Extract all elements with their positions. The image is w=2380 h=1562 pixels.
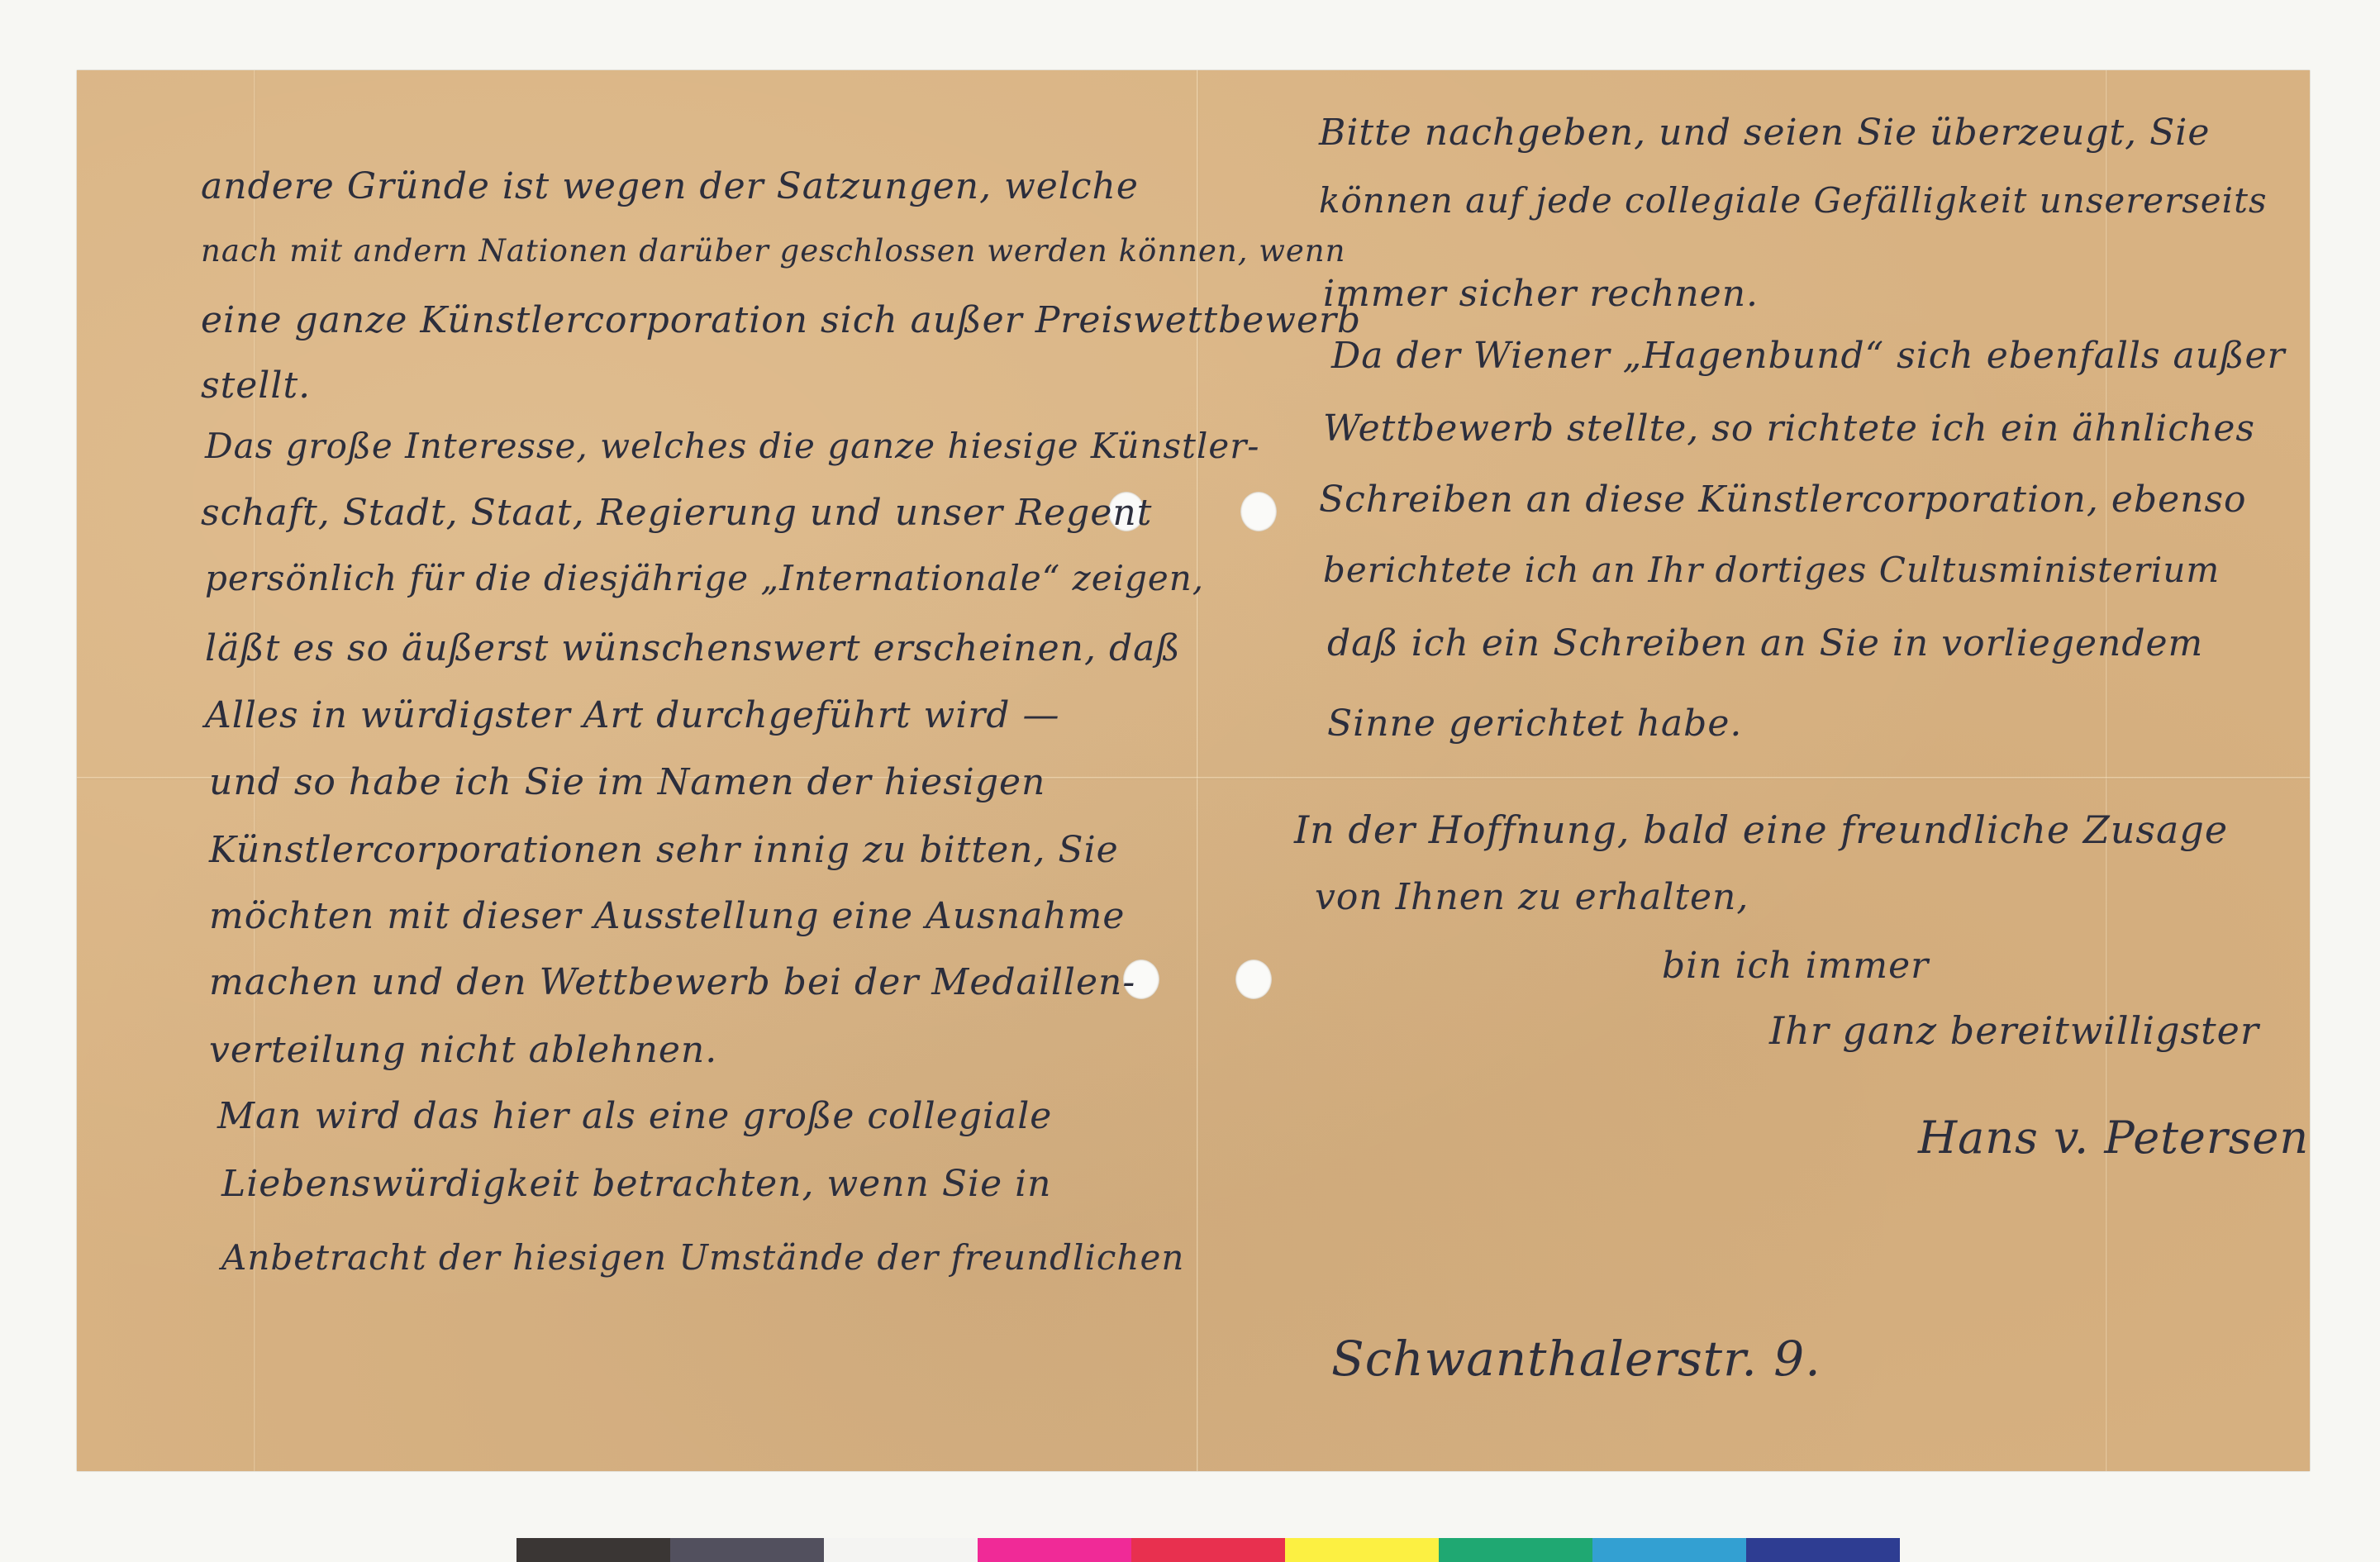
letter-line: Wettbewerb stellte, so richtete ich ein … [1323, 407, 2255, 450]
color-swatch [824, 1538, 978, 1562]
right-page: Bitte nachgeben, und seien Sie überzeugt… [1199, 70, 2310, 1471]
left-page: andere Gründe ist wegen der Satzungen, w… [77, 70, 1197, 1471]
letter-line: können auf jede collegiale Gefälligkeit … [1319, 180, 2268, 221]
letter-line: läßt es so äußerst wünschenswert erschei… [205, 627, 1181, 669]
letter-line: Man wird das hier als eine große collegi… [217, 1095, 1052, 1137]
color-swatch [516, 1538, 670, 1562]
letter-line: berichtete ich an Ihr dortiges Cultusmin… [1323, 550, 2220, 590]
letter-line: Schreiben an diese Künstlercorporation, … [1319, 479, 2247, 521]
letter-line: Sinne gerichtet habe. [1327, 702, 1742, 745]
color-swatch [978, 1538, 1131, 1562]
letter-line: eine ganze Künstlercorporation sich auße… [201, 299, 1361, 341]
letter-line: daß ich ein Schreiben an Sie in vorliege… [1327, 622, 2203, 664]
letter-line: Das große Interesse, welches die ganze h… [205, 426, 1259, 466]
letter-line: stellt. [201, 364, 311, 407]
letter-line: von Ihnen zu erhalten, [1315, 876, 1749, 918]
letter-line: möchten mit dieser Ausstellung eine Ausn… [209, 895, 1125, 937]
letter-line: Künstlercorporationen sehr innig zu bitt… [209, 829, 1119, 871]
color-calibration-bar [516, 1538, 1900, 1562]
letter-line: machen und den Wettbewerb bei der Medail… [209, 961, 1135, 1003]
letter-line: Bitte nachgeben, und seien Sie überzeugt… [1319, 112, 2210, 154]
signature: Hans v. Petersen [1918, 1112, 2309, 1164]
letter-line: und so habe ich Sie im Namen der hiesige… [209, 761, 1045, 803]
letter-line: schaft, Stadt, Staat, Regierung und unse… [201, 492, 1152, 534]
letter-line: Alles in würdigster Art durchgeführt wir… [205, 694, 1059, 736]
color-swatch [1285, 1538, 1439, 1562]
letter-line: In der Hoffnung, bald eine freundliche Z… [1294, 807, 2228, 852]
letter-sheet: andere Gründe ist wegen der Satzungen, w… [77, 70, 2310, 1471]
letter-line: immer sicher rechnen. [1323, 273, 1759, 315]
valediction: Ihr ganz bereitwilligster [1769, 1008, 2259, 1053]
color-swatch [1592, 1538, 1746, 1562]
letter-line: Liebenswürdigkeit betrachten, wenn Sie i… [221, 1163, 1052, 1205]
letter-line: nach mit andern Nationen darüber geschlo… [201, 233, 1345, 269]
closing-line: bin ich immer [1662, 945, 1929, 987]
letter-line: Da der Wiener „Hagenbund“ sich ebenfalls… [1331, 335, 2286, 377]
color-swatch [1746, 1538, 1900, 1562]
sender-address: Schwanthalerstr. 9. [1331, 1331, 1821, 1387]
letter-line: verteilung nicht ablehnen. [209, 1029, 717, 1071]
letter-line: andere Gründe ist wegen der Satzungen, w… [201, 165, 1139, 207]
letter-line: persönlich für die diesjährige „Internat… [205, 558, 1204, 598]
letter-line: Anbetracht der hiesigen Umstände der fre… [221, 1237, 1184, 1278]
color-swatch [1131, 1538, 1285, 1562]
color-swatch [670, 1538, 824, 1562]
color-swatch [1439, 1538, 1592, 1562]
